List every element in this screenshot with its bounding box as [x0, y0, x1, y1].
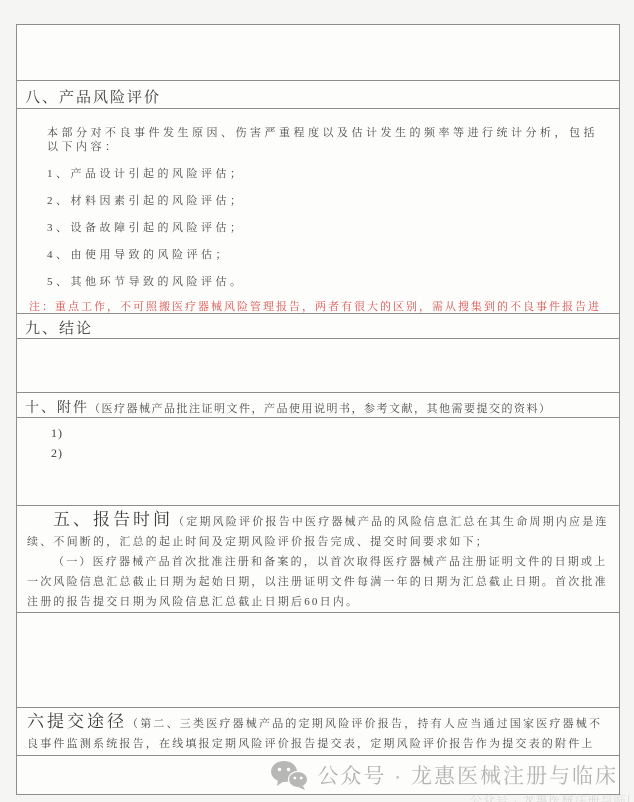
- risk-item-4: 4、由使用导致的风险评估；: [47, 248, 607, 262]
- section-6-title: 六提交途径: [27, 712, 127, 731]
- risk-item-3: 3、设备故障引起的风险评估；: [47, 221, 607, 235]
- wechat-icon: [270, 760, 308, 790]
- watermark-remnant-cutoff: 公众号 · 龙惠医械注册与临床: [470, 791, 630, 802]
- wechat-watermark: 公众号 · 龙惠医械注册与临床: [270, 757, 618, 793]
- section-8-red-note: 注：重点工作，不可照搬医疗器械风险管理报告，两者有很大的区别，需从搜集到的不良事…: [29, 298, 607, 314]
- risk-item-1: 1、产品设计引起的风险评估；: [47, 167, 607, 181]
- section-6-paragraph: 六提交途径（第二、三类医疗器械产品的定期风险评价报告，持有人应当通过国家医疗器械…: [27, 712, 609, 756]
- section-9-header: 九、结论: [17, 314, 619, 339]
- section-10-title: 十、附件: [25, 401, 89, 416]
- watermark-label: 公众号 · 龙惠医械注册与临床: [317, 760, 618, 790]
- report-form-table: 八、产品风险评价 本部分对不良事件发生原因、伤害严重程度以及估计发生的频率等进行…: [16, 24, 620, 795]
- risk-item-5: 5、其他环节导致的风险评估。: [47, 275, 607, 289]
- section-9-title: 九、结论: [25, 321, 93, 337]
- section-5-title: 五、报告时间: [53, 510, 173, 529]
- section-8-title: 八、产品风险评价: [25, 90, 161, 106]
- section-8-intro: 本部分对不良事件发生原因、伤害严重程度以及估计发生的频率等进行统计分析，包括以下…: [47, 126, 607, 154]
- section-6-submission-cell: 六提交途径（第二、三类医疗器械产品的定期风险评价报告，持有人应当通过国家医疗器械…: [17, 708, 619, 756]
- section-8-content: 本部分对不良事件发生原因、伤害严重程度以及估计发生的频率等进行统计分析，包括以下…: [17, 109, 619, 314]
- section-10-attachments-cell: 1) 2): [17, 418, 619, 506]
- section-10-header: 十、附件（医疗器械产品批注证明文件，产品使用说明书，参考文献，其他需要提交的资料…: [17, 393, 619, 418]
- attachment-line-2: 2): [51, 445, 611, 462]
- section-5-para-1: （一）医疗器械产品首次批准注册和备案的，以首次取得医疗器械产品注册证明文件的日期…: [27, 552, 609, 612]
- risk-item-2: 2、材料因素引起的风险评估；: [47, 194, 607, 208]
- section-8-header: 八、产品风险评价: [17, 81, 619, 109]
- empty-cell-top: [17, 25, 619, 81]
- attachment-line-1: 1): [51, 425, 611, 442]
- empty-cell-after-section-5: [17, 613, 619, 708]
- section-9-conclusion-cell: [17, 339, 619, 393]
- section-10-title-note: （医疗器械产品批注证明文件，产品使用说明书，参考文献，其他需要提交的资料）: [89, 403, 552, 415]
- section-5-title-paragraph: 五、报告时间（定期风险评价报告中医疗器械产品的风险信息汇总在其生命周期内应是连续…: [27, 510, 609, 552]
- section-5-report-time-cell: 五、报告时间（定期风险评价报告中医疗器械产品的风险信息汇总在其生命周期内应是连续…: [17, 506, 619, 613]
